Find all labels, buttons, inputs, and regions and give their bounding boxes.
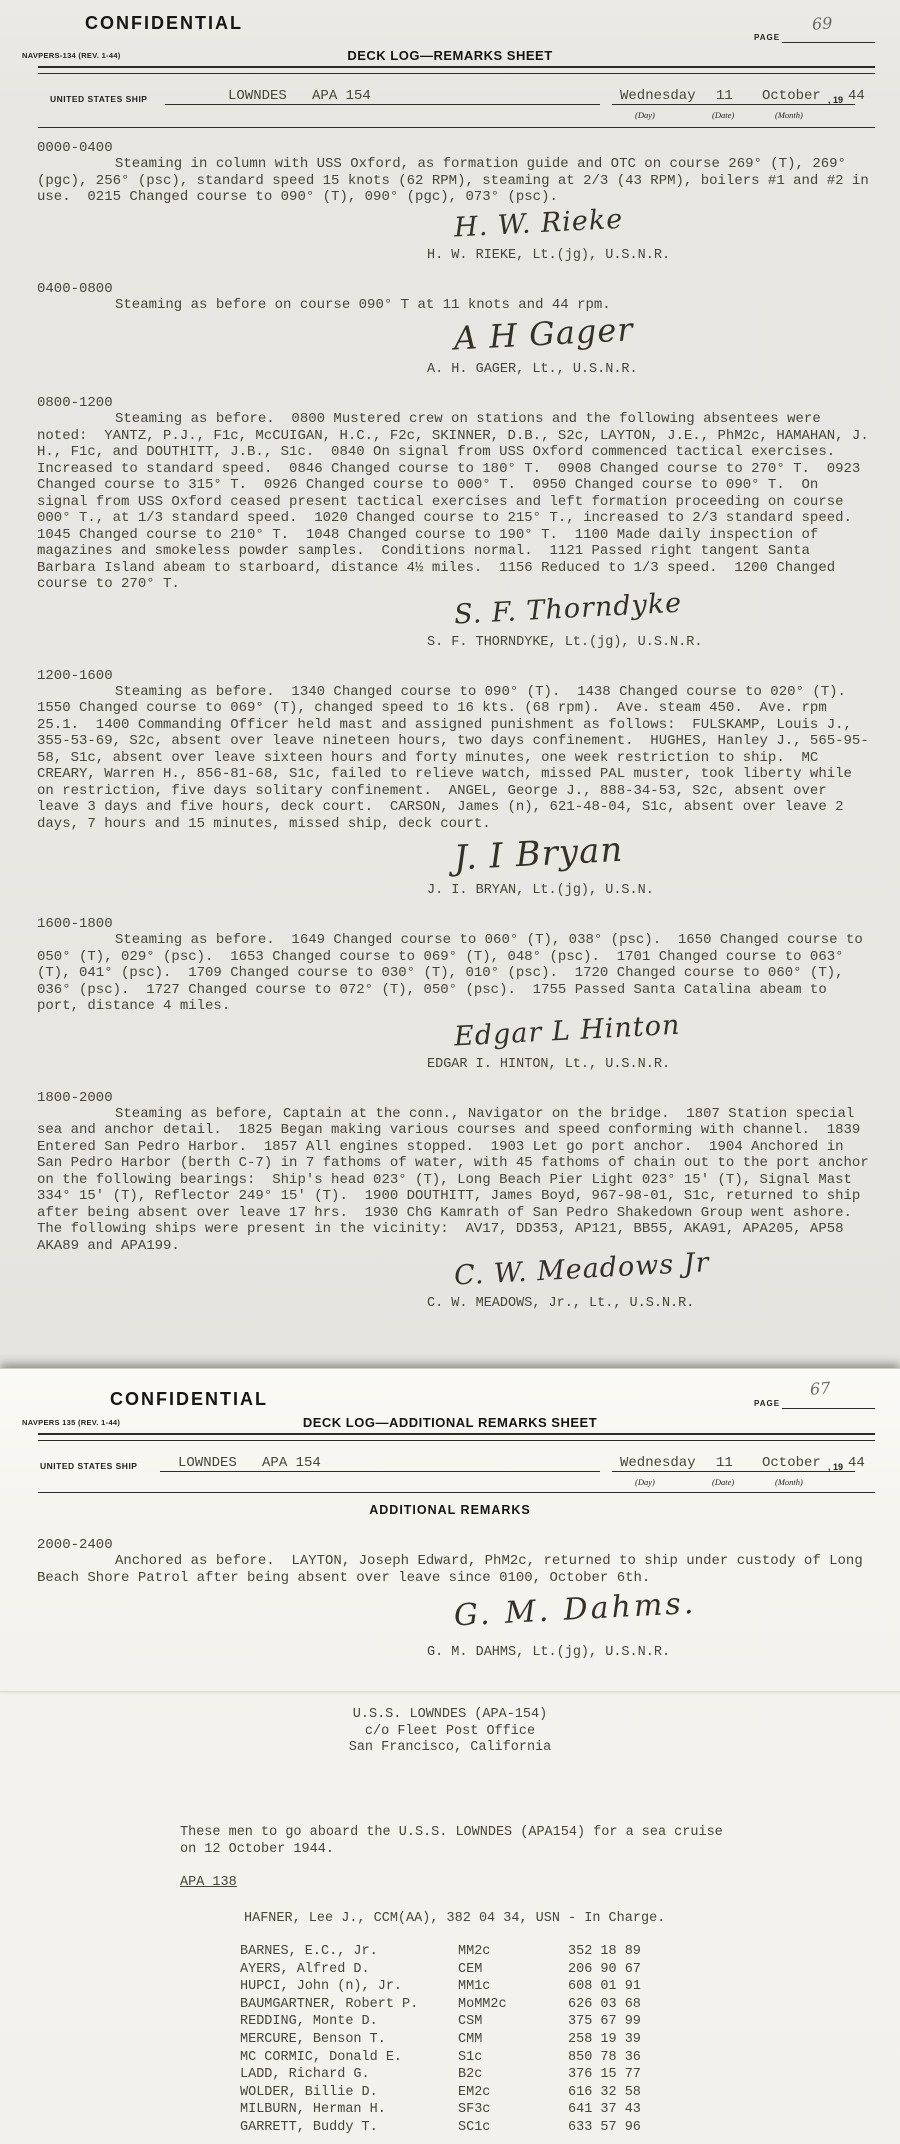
roster-service-number: 352 18 89 [568,1943,688,1961]
page-number-line [782,1408,875,1409]
ship-label: UNITED STATES SHIP [50,94,147,104]
signature-block: G. M. Dahms. G. M. DAHMS, Lt.(jg), U.S.N… [427,1600,847,1660]
signature-block: C. W. Meadows Jr C. W. MEADOWS, Jr., Lt.… [427,1262,847,1311]
memo-in-charge: HAFNER, Lee J., CCM(AA), 382 04 34, USN … [244,1911,665,1926]
ship-name-line [160,1471,600,1472]
page-number: 67 [809,1378,831,1398]
day-sublabel: (Day) [635,110,655,120]
roster-row: BAUMGARTNER, Robert P. MoMM2c 626 03 68 [240,1996,688,2014]
day-sublabel: (Day) [635,1477,655,1487]
date-sublabel: (Date) [712,1477,734,1487]
page-edge-divider [0,1691,900,1692]
roster-row: REDDING, Monte D. CSM 375 67 99 [240,2013,688,2031]
roster-row: MILBURN, Herman H. SF3c 641 37 43 [240,2101,688,2119]
ship-name-line [165,104,600,105]
page-number-line [782,42,875,43]
roster-rating: MM2c [458,1943,568,1961]
roster-name: AYERS, Alfred D. [240,1961,458,1979]
watch-entry-1800-2000: 1800-2000 Steaming as before, Captain at… [37,1090,872,1312]
roster-row: WOLDER, Billie D. EM2c 616 32 58 [240,2084,688,2102]
watch-entry-1200-1600: 1200-1600 Steaming as before. 1340 Chang… [37,668,872,899]
roster-rating: MoMM2c [458,1996,568,2014]
roster-service-number: 258 19 39 [568,2031,688,2049]
signature-block: A H Gager A. H. GAGER, Lt., U.S.N.R. [427,321,847,377]
roster-name: LADD, Richard G. [240,2066,458,2084]
additional-remarks-title: ADDITIONAL REMARKS [0,1503,900,1517]
entry-time: 1200-1600 [37,668,872,684]
roster-name: GARRETT, Buddy T. [240,2119,458,2137]
entry-text: Steaming as before. 1649 Changed course … [37,932,872,1015]
watch-entries: 2000-2400 Anchored as before. LAYTON, Jo… [37,1537,872,1678]
year-printed: , 19 [828,95,843,105]
classification-stamp: CONFIDENTIAL [85,13,243,34]
roster-rating: EM2c [458,2084,568,2102]
signature-typed-name: S. F. THORNDYKE, Lt.(jg), U.S.N.R. [427,635,847,650]
entry-time: 0800-1200 [37,395,872,411]
form-title: DECK LOG—REMARKS SHEET [0,48,900,63]
roster-service-number: 641 37 43 [568,2101,688,2119]
entry-time: 1600-1800 [37,916,872,932]
roster-name: BARNES, E.C., Jr. [240,1943,458,1961]
signature-block: H. W. Rieke H. W. RIEKE, Lt.(jg), U.S.N.… [427,214,847,263]
signature-block: Edgar L Hinton EDGAR I. HINTON, Lt., U.S… [427,1023,847,1072]
roster-row: MC CORMIC, Donald E. S1c 850 78 36 [240,2049,688,2067]
roster-row: BARNES, E.C., Jr. MM2c 352 18 89 [240,1943,688,1961]
signature-typed-name: G. M. DAHMS, Lt.(jg), U.S.N.R. [427,1645,847,1660]
memo-body: These men to go aboard the U.S.S. LOWNDE… [180,1824,723,1858]
roster-service-number: 633 57 96 [568,2119,688,2137]
date-month: October [762,88,821,104]
date-line [612,1471,855,1472]
roster-name: MILBURN, Herman H. [240,2101,458,2119]
year-printed: , 19 [828,1462,843,1472]
roster-name: WOLDER, Billie D. [240,2084,458,2102]
form-title: DECK LOG—ADDITIONAL REMARKS SHEET [0,1415,900,1430]
date-sublabel: (Date) [712,110,734,120]
roster-rating: CEM [458,1961,568,1979]
memo-address: U.S.S. LOWNDES (APA-154) c/o Fleet Post … [0,1707,900,1757]
signature-typed-name: A. H. GAGER, Lt., U.S.N.R. [427,362,847,377]
signature-typed-name: H. W. RIEKE, Lt.(jg), U.S.N.R. [427,248,847,263]
roster-rating: B2c [458,2066,568,2084]
entry-text: Steaming as before, Captain at the conn.… [37,1106,872,1255]
watch-entries: 0000-0400 Steaming in column with USS Ox… [37,140,872,1311]
roster-rating: SC1c [458,2119,568,2137]
entry-text: Steaming as before. 0800 Mustered crew o… [37,411,872,593]
header-double-rule [38,1433,875,1441]
roster-row: AYERS, Alfred D. CEM 206 90 67 [240,1961,688,1979]
roster-row: GARRETT, Buddy T. SC1c 633 57 96 [240,2119,688,2137]
roster-row: HUPCI, John (n), Jr. MM1c 608 01 91 [240,1978,688,1996]
date-date: 11 [716,1455,733,1471]
deck-log-additional-remarks-page: CONFIDENTIAL PAGE 67 NAVPERS 135 (REV. 1… [0,1368,900,2144]
page-label: PAGE [754,33,780,42]
roster-service-number: 375 67 99 [568,2013,688,2031]
ship-name: LOWNDES APA 154 [178,1455,321,1471]
roster-service-number: 616 32 58 [568,2084,688,2102]
page-number: 69 [811,13,833,33]
roster-rating: CMM [458,2031,568,2049]
signature-typed-name: EDGAR I. HINTON, Lt., U.S.N.R. [427,1057,847,1072]
date-year: 44 [848,88,865,104]
header-bottom-rule [38,1492,875,1493]
signature-block: J. I Bryan J. I. BRYAN, Lt.(jg), U.S.N. [427,840,847,898]
roster-service-number: 626 03 68 [568,1996,688,2014]
deck-log-remarks-page: CONFIDENTIAL PAGE 69 NAVPERS-134 (REV. 1… [0,0,900,1368]
ship-label: UNITED STATES SHIP [40,1461,137,1471]
roster-service-number: 376 15 77 [568,2066,688,2084]
entry-time: 1800-2000 [37,1090,872,1106]
roster-name: MC CORMIC, Donald E. [240,2049,458,2067]
entry-text: Steaming as before. 1340 Changed course … [37,684,872,833]
roster-name: BAUMGARTNER, Robert P. [240,1996,458,2014]
roster-rating: CSM [458,2013,568,2031]
roster-rating: SF3c [458,2101,568,2119]
handwritten-signature: G. M. Dahms. [425,1578,846,1635]
roster-service-number: 608 01 91 [568,1978,688,1996]
watch-entry-0400-0800: 0400-0800 Steaming as before on course 0… [37,281,872,378]
watch-entry-1600-1800: 1600-1800 Steaming as before. 1649 Chang… [37,916,872,1072]
page-label: PAGE [754,1399,780,1408]
month-sublabel: (Month) [775,110,803,120]
roster-service-number: 850 78 36 [568,2049,688,2067]
date-line [612,104,855,105]
date-year: 44 [848,1455,865,1471]
entry-time: 2000-2400 [37,1537,872,1553]
signature-block: S. F. Thorndyke S. F. THORNDYKE, Lt.(jg)… [427,601,847,650]
entry-time: 0000-0400 [37,140,872,156]
ship-name: LOWNDES APA 154 [228,88,371,104]
date-day: Wednesday [620,88,696,104]
entry-time: 0400-0800 [37,281,872,297]
memo-roster: BARNES, E.C., Jr. MM2c 352 18 89 AYERS, … [240,1943,688,2137]
memo-group-heading: APA 138 [180,1875,237,1890]
watch-entry-0000-0400: 0000-0400 Steaming in column with USS Ox… [37,140,872,263]
roster-rating: MM1c [458,1978,568,1996]
watch-entry-2000-2400: 2000-2400 Anchored as before. LAYTON, Jo… [37,1537,872,1660]
roster-name: REDDING, Monte D. [240,2013,458,2031]
date-month: October [762,1455,821,1471]
roster-name: HUPCI, John (n), Jr. [240,1978,458,1996]
entry-text: Anchored as before. LAYTON, Joseph Edwar… [37,1553,872,1586]
classification-stamp: CONFIDENTIAL [110,1389,268,1410]
signature-typed-name: C. W. MEADOWS, Jr., Lt., U.S.N.R. [427,1296,847,1311]
header-double-rule [38,66,875,74]
roster-row: MERCURE, Benson T. CMM 258 19 39 [240,2031,688,2049]
roster-name: MERCURE, Benson T. [240,2031,458,2049]
header-bottom-rule [38,127,875,128]
month-sublabel: (Month) [775,1477,803,1487]
watch-entry-0800-1200: 0800-1200 Steaming as before. 0800 Muste… [37,395,872,650]
date-date: 11 [716,88,733,104]
roster-rating: S1c [458,2049,568,2067]
date-day: Wednesday [620,1455,696,1471]
signature-typed-name: J. I. BRYAN, Lt.(jg), U.S.N. [427,883,847,898]
roster-row: LADD, Richard G. B2c 376 15 77 [240,2066,688,2084]
roster-service-number: 206 90 67 [568,1961,688,1979]
